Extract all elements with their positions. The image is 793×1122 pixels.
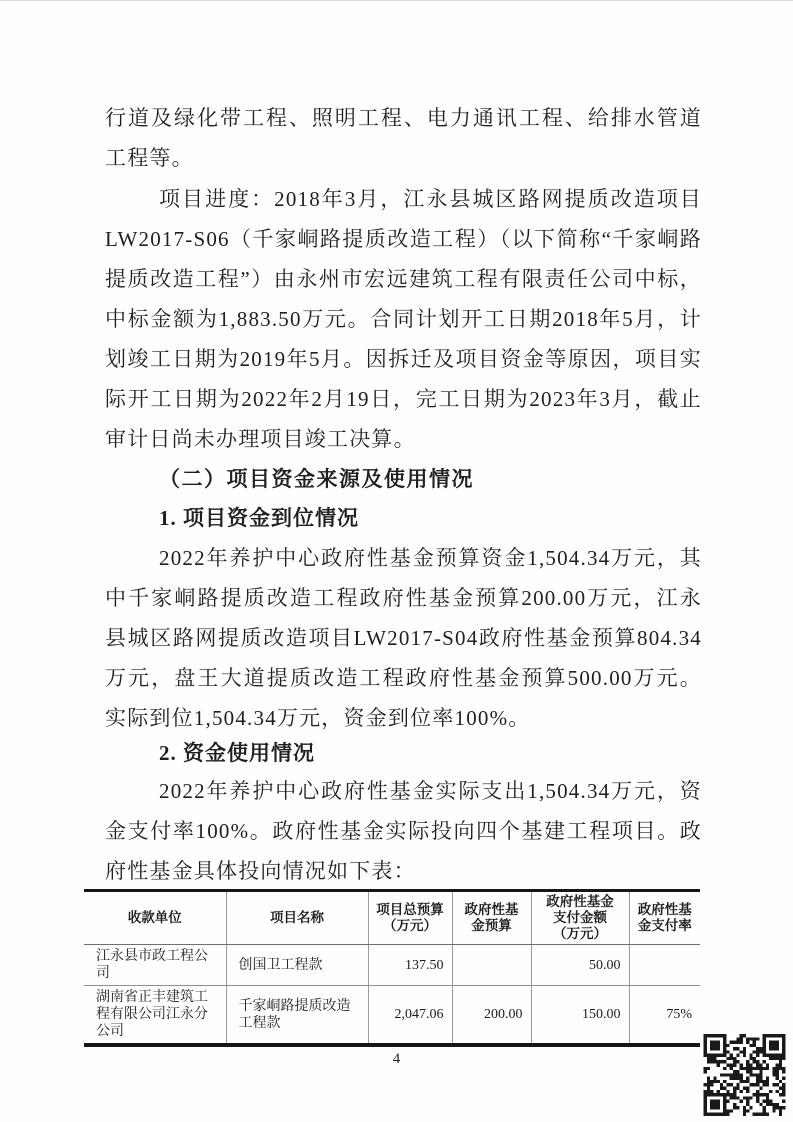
table-header-row: 收款单位 项目名称 项目总预算 （万元） 政府性基 金预算 政府性基金 支付金额… <box>84 891 700 945</box>
heading-sub-funds-usage: 2. 资金使用情况 <box>105 733 702 773</box>
cell-fund-paid: 50.00 <box>531 945 629 986</box>
cell-project: 创国卫工程款 <box>226 945 368 986</box>
cell-fund-budget <box>452 945 531 986</box>
heading-sub-funds-in-place: 1. 项目资金到位情况 <box>105 498 702 538</box>
qr-code-icon <box>703 1034 786 1116</box>
cell-payee: 江永县市政工程公司 <box>84 945 226 986</box>
header-fund-budget: 政府性基 金预算 <box>452 891 531 945</box>
header-total-budget: 项目总预算 （万元） <box>368 891 452 945</box>
paragraph-scope-continuation: 行道及绿化带工程、照明工程、电力通讯工程、给排水管道工程等。 <box>105 98 702 178</box>
header-pay-rate: 政府性基 金支付率 <box>629 891 700 945</box>
fund-allocation-table: 收款单位 项目名称 项目总预算 （万元） 政府性基 金预算 政府性基金 支付金额… <box>84 889 700 1047</box>
page-number: 4 <box>0 1051 793 1068</box>
paragraph-funds-in-place: 2022年养护中心政府性基金预算资金1,504.34万元，其中千家峒路提质改造工… <box>105 538 702 738</box>
header-payee-unit: 收款单位 <box>84 891 226 945</box>
document-page: 行道及绿化带工程、照明工程、电力通讯工程、给排水管道工程等。 项目进度：2018… <box>0 0 793 1122</box>
cell-pay-rate: 75% <box>629 986 700 1046</box>
cell-pay-rate <box>629 945 700 986</box>
table-row: 江永县市政工程公司 创国卫工程款 137.50 50.00 <box>84 945 700 986</box>
cell-payee: 湖南省正丰建筑工程有限公司江永分公司 <box>84 986 226 1046</box>
cell-total-budget: 137.50 <box>368 945 452 986</box>
cell-project: 千家峒路提质改造工程款 <box>226 986 368 1046</box>
cell-fund-paid: 150.00 <box>531 986 629 1046</box>
heading-section-funding-sources: （二）项目资金来源及使用情况 <box>105 459 702 499</box>
paragraph-project-progress: 项目进度：2018年3月，江永县城区路网提质改造项目LW2017-S06（千家峒… <box>105 179 702 459</box>
paragraph-funds-usage: 2022年养护中心政府性基金实际支出1,504.34万元，资金支付率100%。政… <box>105 771 702 891</box>
header-fund-paid: 政府性基金 支付金额 （万元） <box>531 891 629 945</box>
cell-total-budget: 2,047.06 <box>368 986 452 1046</box>
table-row: 湖南省正丰建筑工程有限公司江永分公司 千家峒路提质改造工程款 2,047.06 … <box>84 986 700 1046</box>
cell-fund-budget: 200.00 <box>452 986 531 1046</box>
header-project-name: 项目名称 <box>226 891 368 945</box>
